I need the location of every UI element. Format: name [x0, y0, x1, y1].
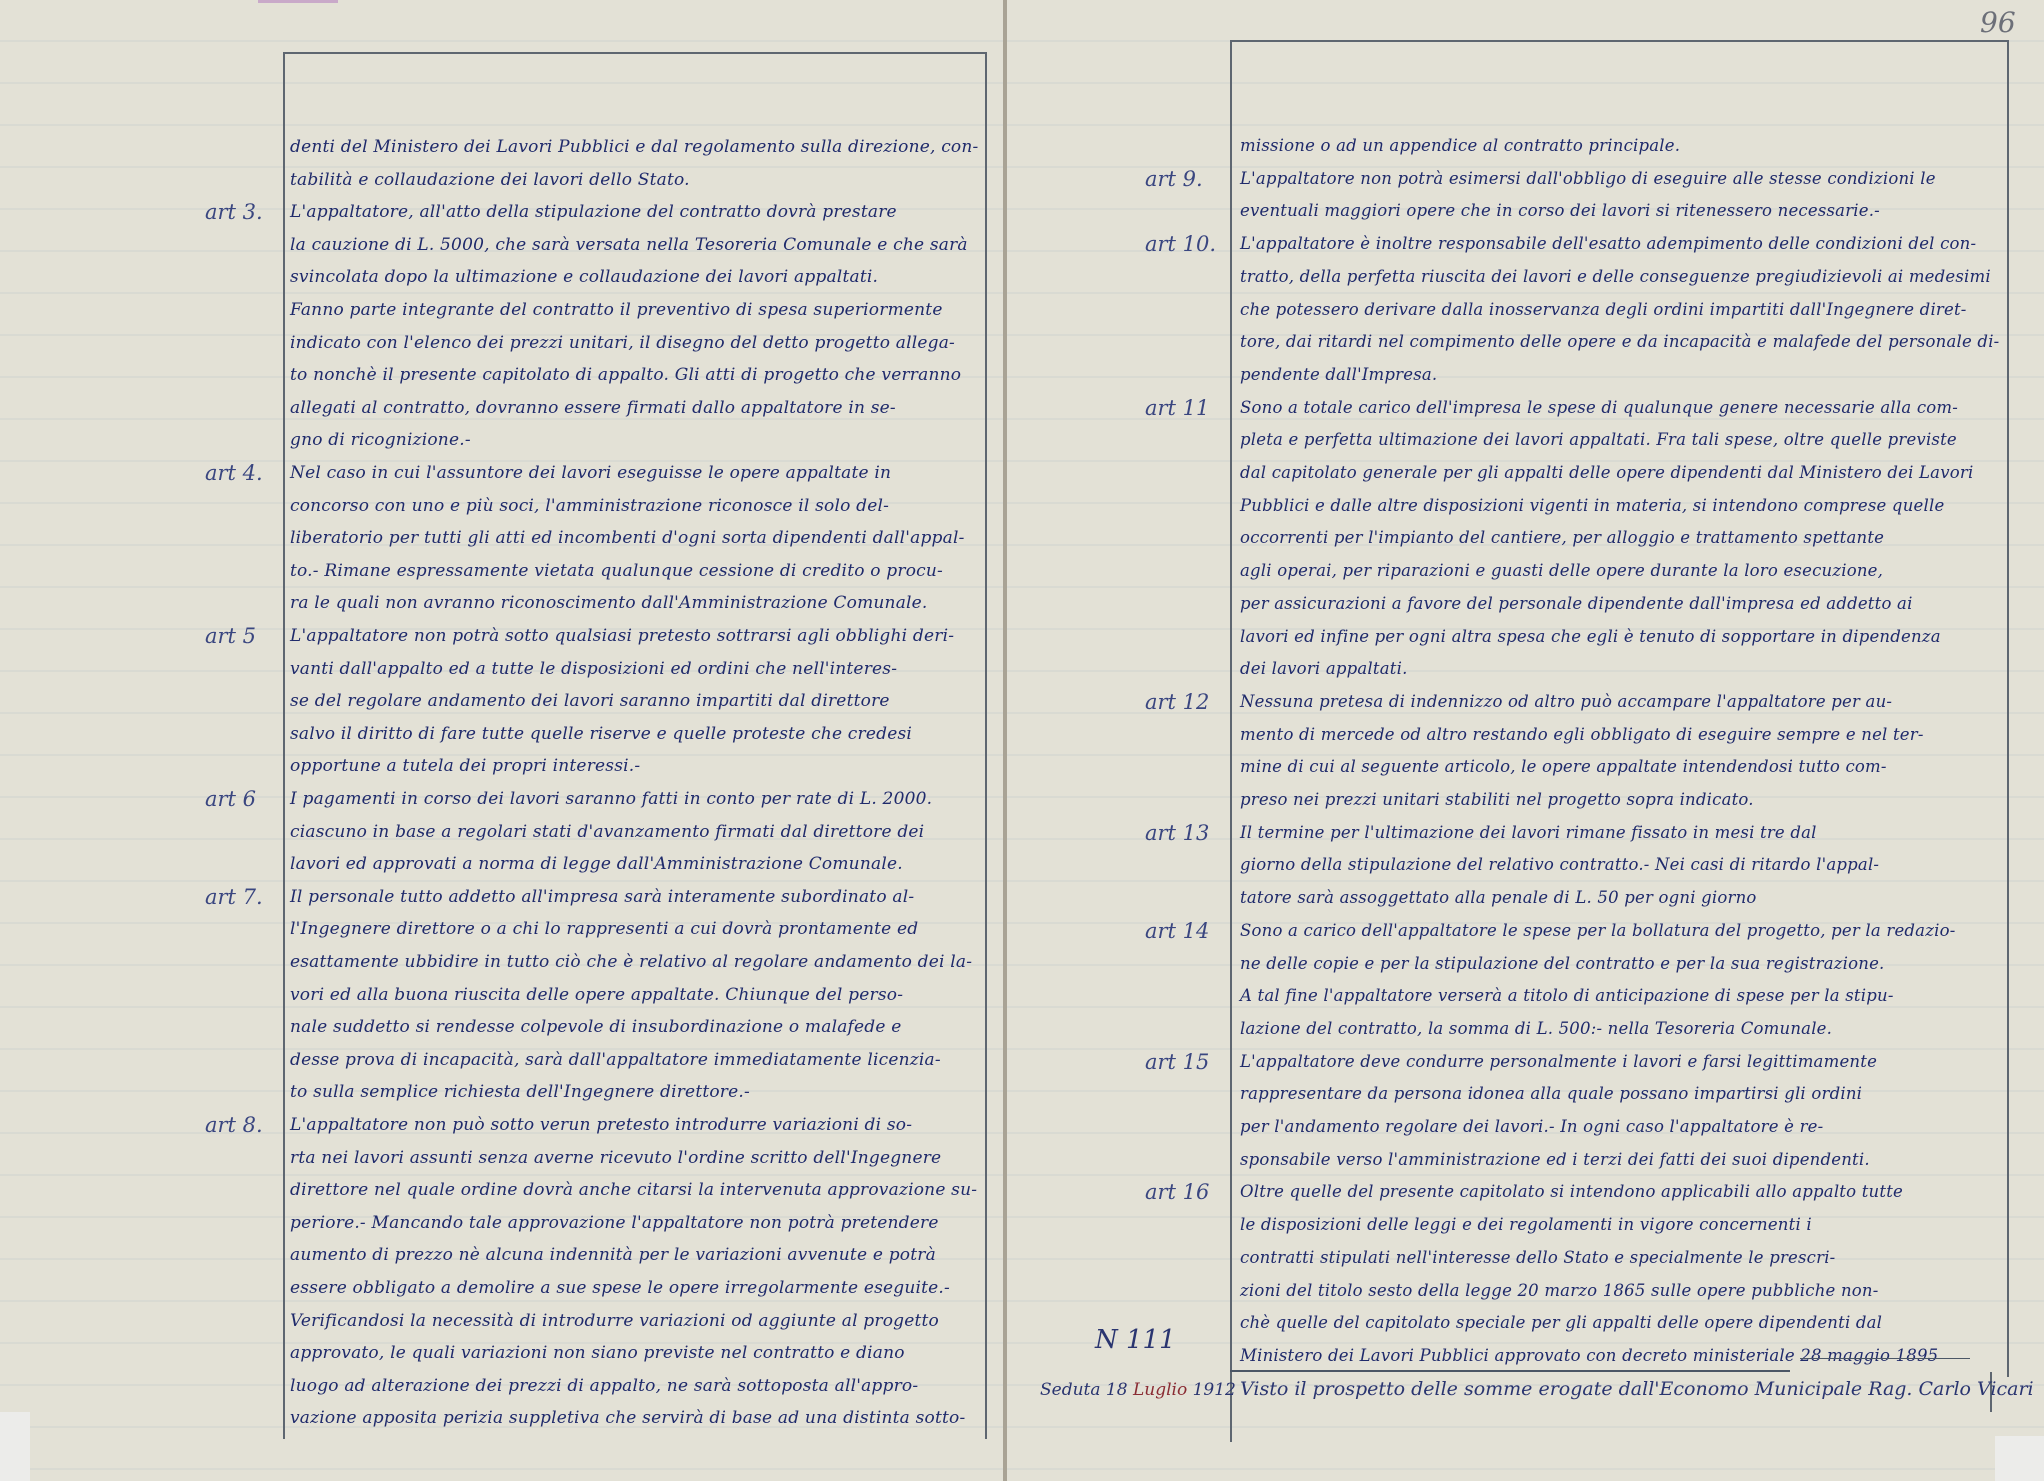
session-day: 18	[1106, 1380, 1128, 1400]
text-line: le disposizioni delle leggi e dei regola…	[1240, 1215, 1812, 1234]
page-number: 96	[1980, 6, 2016, 39]
article-label: art 8.	[205, 1113, 263, 1137]
text-line: sponsabile verso l'amministrazione ed i …	[1240, 1150, 1870, 1169]
text-line: Nel caso in cui l'assuntore dei lavori e…	[290, 463, 891, 483]
text-line: agli operai, per riparazioni e guasti de…	[1240, 561, 1883, 580]
text-line: eventuali maggiori opere che in corso de…	[1240, 201, 1880, 220]
text-line: nale suddetto si rendesse colpevole di i…	[290, 1017, 902, 1037]
article-label: art 7.	[205, 885, 263, 909]
text-line: L'appaltatore non potrà sotto qualsiasi …	[290, 626, 954, 646]
page-edge-strip	[258, 0, 338, 3]
text-line: opportune a tutela dei propri interessi.…	[290, 756, 640, 776]
article-label: art 12	[1145, 690, 1209, 714]
section-divider	[1800, 1358, 1970, 1359]
text-line: contratti stipulati nell'interesse dello…	[1240, 1248, 1835, 1267]
session-prefix: Seduta	[1040, 1380, 1101, 1400]
article-label: art 10.	[1145, 232, 1216, 256]
section-divider	[1230, 1370, 1790, 1372]
text-line: occorrenti per l'impianto del cantiere, …	[1240, 528, 1884, 547]
text-line: dal capitolato generale per gli appalti …	[1240, 463, 1973, 482]
text-line: L'appaltatore, all'atto della stipulazio…	[290, 202, 897, 222]
text-line: to sulla semplice richiesta dell'Ingegne…	[290, 1082, 750, 1102]
text-line: Sono a carico dell'appaltatore le spese …	[1240, 921, 1956, 940]
text-line: svincolata dopo la ultimazione e collaud…	[290, 267, 878, 287]
text-line: lavori ed infine per ogni altra spesa ch…	[1240, 627, 1941, 646]
text-line: rta nei lavori assunti senza averne rice…	[290, 1148, 941, 1168]
session-month: Luglio	[1133, 1380, 1187, 1400]
article-label: art 6	[205, 787, 256, 811]
text-line: allegati al contratto, dovranno essere f…	[290, 398, 896, 418]
text-line: Il termine per l'ultimazione dei lavori …	[1240, 823, 1817, 842]
text-line: to.- Rimane espressamente vietata qualun…	[290, 561, 943, 581]
text-line: Il personale tutto addetto all'impresa s…	[290, 887, 914, 907]
text-line: tratto, della perfetta riuscita dei lavo…	[1240, 267, 1991, 286]
text-line: liberatorio per tutti gli atti ed incomb…	[290, 528, 965, 548]
text-line: chè quelle del capitolato speciale per g…	[1240, 1313, 1882, 1332]
text-line: che potessero derivare dalla inosservanz…	[1240, 300, 1967, 319]
text-line: pendente dall'Impresa.	[1240, 365, 1437, 384]
article-label: art 15	[1145, 1050, 1209, 1074]
text-line: to nonchè il presente capitolato di appa…	[290, 365, 961, 385]
text-line: L'appaltatore deve condurre personalment…	[1240, 1052, 1877, 1071]
text-line: denti del Ministero dei Lavori Pubblici …	[290, 137, 978, 157]
article-label: art 5	[205, 624, 256, 648]
text-line: essere obbligato a demolire a sue spese …	[290, 1278, 950, 1298]
text-line: rappresentare da persona idonea alla qua…	[1240, 1084, 1862, 1103]
text-line: per assicurazioni a favore del personale…	[1240, 594, 1913, 613]
text-line: l'Ingegnere direttore o a chi lo rappres…	[290, 919, 918, 939]
text-line: aumento di prezzo nè alcuna indennità pe…	[290, 1245, 936, 1265]
text-line: la cauzione di L. 5000, che sarà versata…	[290, 235, 968, 255]
text-line: approvato, le quali variazioni non siano…	[290, 1343, 905, 1363]
corner-patch	[0, 1412, 30, 1481]
text-line: tore, dai ritardi nel compimento delle o…	[1240, 332, 1999, 351]
corner-patch	[1995, 1436, 2044, 1481]
text-line: Pubblici e dalle altre disposizioni vige…	[1240, 496, 1944, 515]
text-line: ra le quali non avranno riconoscimento d…	[290, 593, 928, 613]
text-line: salvo il diritto di fare tutte quelle ri…	[290, 724, 912, 744]
text-line: giorno della stipulazione del relativo c…	[1240, 855, 1879, 874]
text-line: vazione apposita perizia suppletiva che …	[290, 1408, 965, 1428]
text-line: ne delle copie e per la stipulazione del…	[1240, 954, 1885, 973]
text-line: gno di ricognizione.-	[290, 430, 471, 450]
article-label: art 9.	[1145, 167, 1203, 191]
text-line: Sono a totale carico dell'impresa le spe…	[1240, 398, 1958, 417]
text-line: ciascuno in base a regolari stati d'avan…	[290, 822, 924, 842]
text-line: Fanno parte integrante del contratto il …	[290, 300, 943, 320]
article-label: art 13	[1145, 821, 1209, 845]
text-line: indicato con l'elenco dei prezzi unitari…	[290, 333, 955, 353]
article-label: art 3.	[205, 200, 263, 224]
text-line: zioni del titolo sesto della legge 20 ma…	[1240, 1281, 1879, 1300]
text-line: luogo ad alterazione dei prezzi di appal…	[290, 1376, 918, 1396]
text-line: desse prova di incapacità, sarà dall'app…	[290, 1050, 941, 1070]
text-line: esattamente ubbidire in tutto ciò che è …	[290, 952, 972, 972]
article-label: art 4.	[205, 461, 263, 485]
text-line: L'appaltatore non potrà esimersi dall'ob…	[1240, 169, 1936, 188]
text-line: I pagamenti in corso dei lavori saranno …	[290, 789, 932, 809]
new-entry-text: Visto il prospetto delle somme erogate d…	[1240, 1378, 2034, 1400]
text-line: dei lavori appaltati.	[1240, 659, 1408, 678]
article-label: art 11	[1145, 396, 1209, 420]
text-line: concorso con uno e più soci, l'amministr…	[290, 496, 889, 516]
text-line: Verificandosi la necessità di introdurre…	[290, 1311, 939, 1331]
text-line: se del regolare andamento dei lavori sar…	[290, 691, 890, 711]
text-line: A tal fine l'appaltatore verserà a titol…	[1240, 986, 1894, 1005]
session-year: 1912	[1193, 1380, 1236, 1400]
text-line: tabilità e collaudazione dei lavori dell…	[290, 170, 690, 190]
article-label: art 16	[1145, 1180, 1209, 1204]
text-line: lavori ed approvati a norma di legge dal…	[290, 854, 903, 874]
text-line: Ministero dei Lavori Pubblici approvato …	[1240, 1346, 1938, 1365]
session-date: Seduta 18 Luglio 1912	[1040, 1380, 1236, 1400]
text-line: tatore sarà assoggettato alla penale di …	[1240, 888, 1757, 907]
text-line: periore.- Mancando tale approvazione l'a…	[290, 1213, 939, 1233]
text-line: lazione del contratto, la somma di L. 50…	[1240, 1019, 1832, 1038]
entry-number: N 111	[1095, 1325, 1176, 1355]
text-line: Nessuna pretesa di indennizzo od altro p…	[1240, 692, 1892, 711]
text-line: pleta e perfetta ultimazione dei lavori …	[1240, 430, 1957, 449]
text-line: Oltre quelle del presente capitolato si …	[1240, 1182, 1903, 1201]
text-line: vori ed alla buona riuscita delle opere …	[290, 985, 903, 1005]
book-spine	[1003, 0, 1007, 1481]
text-line: missione o ad un appendice al contratto …	[1240, 136, 1680, 155]
text-line: vanti dall'appalto ed a tutte le disposi…	[290, 659, 897, 679]
text-line: per l'andamento regolare dei lavori.- In…	[1240, 1117, 1823, 1136]
text-line: L'appaltatore è inoltre responsabile del…	[1240, 234, 1976, 253]
text-line: mento di mercede od altro restando egli …	[1240, 725, 1924, 744]
text-line: preso nei prezzi unitari stabiliti nel p…	[1240, 790, 1754, 809]
text-line: mine di cui al seguente articolo, le ope…	[1240, 757, 1887, 776]
article-label: art 14	[1145, 919, 1209, 943]
text-line: direttore nel quale ordine dovrà anche c…	[290, 1180, 977, 1200]
text-line: L'appaltatore non può sotto verun pretes…	[290, 1115, 912, 1135]
